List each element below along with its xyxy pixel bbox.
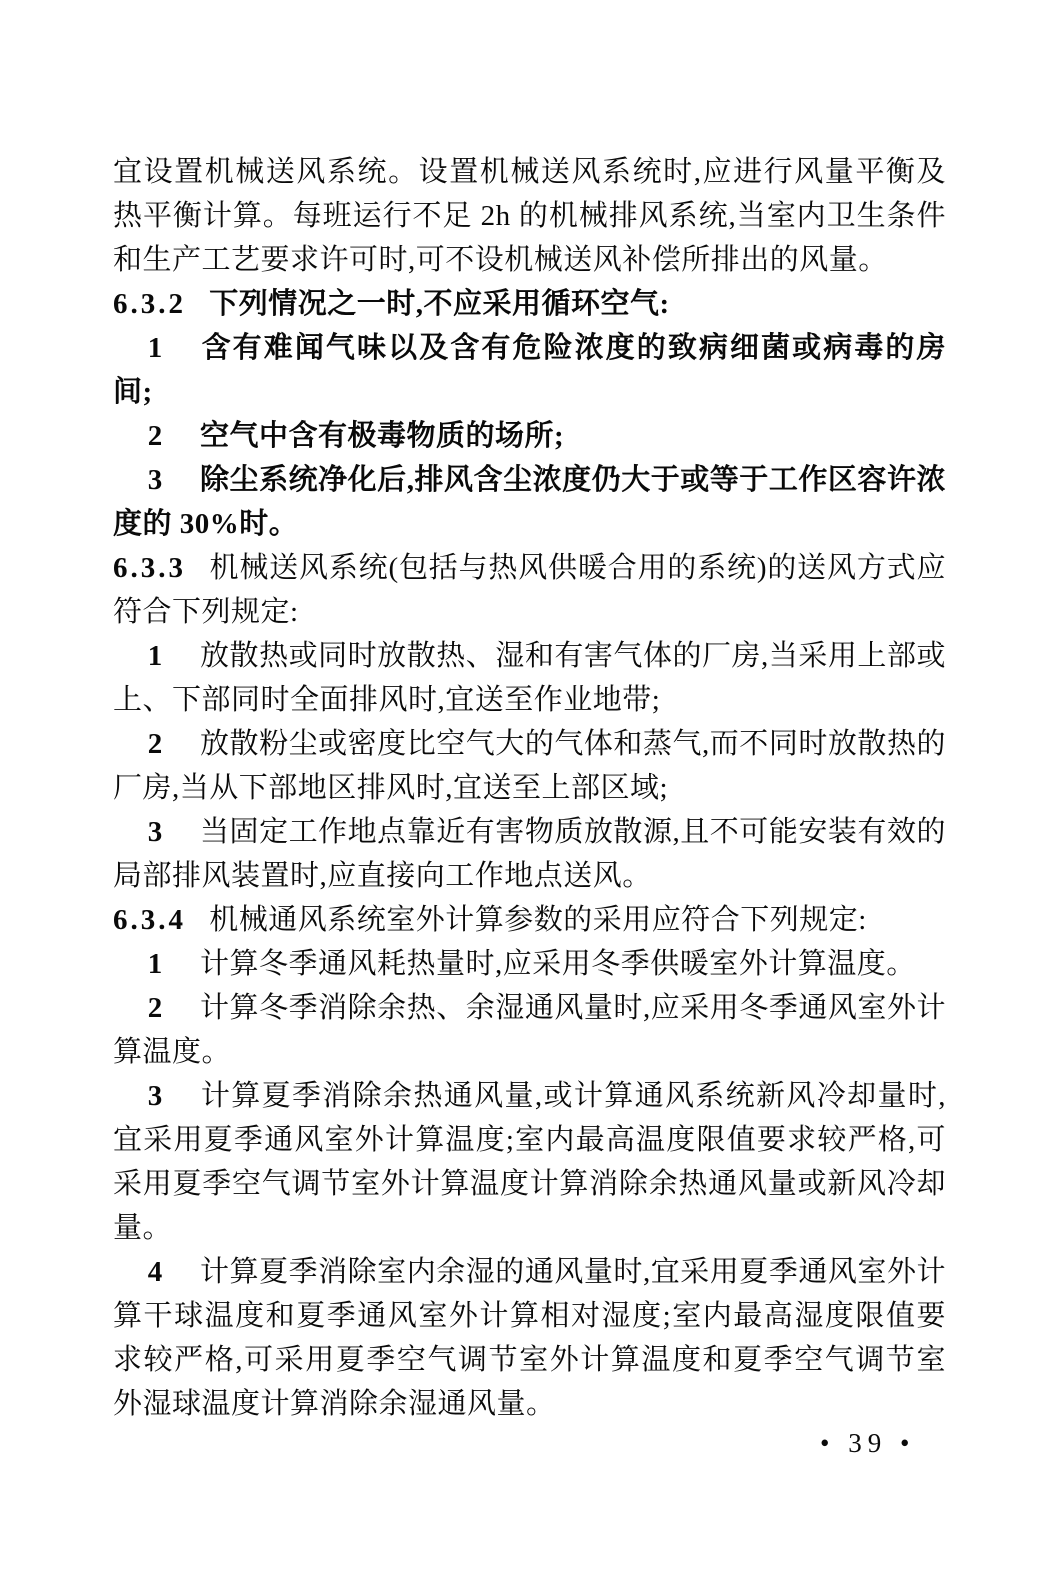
clause-number: 6.3.4 bbox=[113, 904, 186, 936]
document-body: 宜设置机械送风系统。设置机械送风系统时,应进行风量平衡及热平衡计算。每班运行不足… bbox=[113, 150, 946, 1426]
paragraph: 6.3.3机械送风系统(包括与热风供暖合用的系统)的送风方式应符合下列规定: bbox=[113, 546, 946, 634]
paragraph-text: 含有难闻气味以及含有危险浓度的致病细菌或病毒的房间; bbox=[113, 332, 946, 408]
clause-number: 1 bbox=[148, 640, 163, 672]
paragraph-text: 放散粉尘或密度比空气大的气体和蒸气,而不同时放散热的厂房,当从下部地区排风时,宜… bbox=[113, 728, 946, 804]
clause-number: 6.3.2 bbox=[113, 288, 186, 320]
clause-number: 6.3.3 bbox=[113, 552, 186, 584]
clause-number: 3 bbox=[148, 1080, 163, 1112]
clause-number: 1 bbox=[148, 948, 163, 980]
paragraph: 3当固定工作地点靠近有害物质放散源,且不可能安装有效的局部排风装置时,应直接向工… bbox=[113, 810, 946, 898]
clause-number: 2 bbox=[148, 992, 163, 1024]
paragraph: 1计算冬季通风耗热量时,应采用冬季供暖室外计算温度。 bbox=[113, 942, 946, 986]
page-number: • 39 • bbox=[820, 1428, 915, 1459]
paragraph-text: 放散热或同时放散热、湿和有害气体的厂房,当采用上部或上、下部同时全面排风时,宜送… bbox=[113, 640, 946, 716]
clause-number: 2 bbox=[148, 728, 163, 760]
paragraph-text: 计算冬季消除余热、余湿通风量时,应采用冬季通风室外计算温度。 bbox=[113, 992, 946, 1068]
paragraph-text: 机械送风系统(包括与热风供暖合用的系统)的送风方式应符合下列规定: bbox=[113, 552, 946, 628]
clause-number: 3 bbox=[148, 816, 163, 848]
paragraph-text: 计算夏季消除余热通风量,或计算通风系统新风冷却量时,宜采用夏季通风室外计算温度;… bbox=[113, 1080, 946, 1244]
clause-number: 1 bbox=[148, 332, 163, 364]
paragraph: 2计算冬季消除余热、余湿通风量时,应采用冬季通风室外计算温度。 bbox=[113, 986, 946, 1074]
paragraph-text: 宜设置机械送风系统。设置机械送风系统时,应进行风量平衡及热平衡计算。每班运行不足… bbox=[113, 156, 946, 276]
paragraph: 宜设置机械送风系统。设置机械送风系统时,应进行风量平衡及热平衡计算。每班运行不足… bbox=[113, 150, 946, 282]
paragraph-text: 当固定工作地点靠近有害物质放散源,且不可能安装有效的局部排风装置时,应直接向工作… bbox=[113, 816, 946, 892]
paragraph: 1含有难闻气味以及含有危险浓度的致病细菌或病毒的房间; bbox=[113, 326, 946, 414]
paragraph-text: 下列情况之一时,不应采用循环空气: bbox=[209, 288, 669, 320]
paragraph: 3计算夏季消除余热通风量,或计算通风系统新风冷却量时,宜采用夏季通风室外计算温度… bbox=[113, 1074, 946, 1250]
paragraph-text: 机械通风系统室外计算参数的采用应符合下列规定: bbox=[209, 904, 867, 936]
paragraph-text: 计算冬季通风耗热量时,应采用冬季供暖室外计算温度。 bbox=[200, 948, 916, 980]
paragraph-text: 除尘系统净化后,排风含尘浓度仍大于或等于工作区容许浓度的 30%时。 bbox=[113, 464, 946, 540]
clause-number: 2 bbox=[148, 420, 163, 452]
paragraph: 2空气中含有极毒物质的场所; bbox=[113, 414, 946, 458]
paragraph: 3除尘系统净化后,排风含尘浓度仍大于或等于工作区容许浓度的 30%时。 bbox=[113, 458, 946, 546]
paragraph: 4计算夏季消除室内余湿的通风量时,宜采用夏季通风室外计算干球温度和夏季通风室外计… bbox=[113, 1250, 946, 1426]
paragraph: 6.3.4机械通风系统室外计算参数的采用应符合下列规定: bbox=[113, 898, 946, 942]
paragraph: 1放散热或同时放散热、湿和有害气体的厂房,当采用上部或上、下部同时全面排风时,宜… bbox=[113, 634, 946, 722]
document-page: 宜设置机械送风系统。设置机械送风系统时,应进行风量平衡及热平衡计算。每班运行不足… bbox=[0, 0, 1056, 1586]
paragraph: 6.3.2下列情况之一时,不应采用循环空气: bbox=[113, 282, 946, 326]
clause-number: 4 bbox=[148, 1256, 163, 1288]
paragraph-text: 计算夏季消除室内余湿的通风量时,宜采用夏季通风室外计算干球温度和夏季通风室外计算… bbox=[113, 1256, 946, 1420]
paragraph: 2放散粉尘或密度比空气大的气体和蒸气,而不同时放散热的厂房,当从下部地区排风时,… bbox=[113, 722, 946, 810]
paragraph-text: 空气中含有极毒物质的场所; bbox=[200, 420, 564, 452]
clause-number: 3 bbox=[148, 464, 163, 496]
